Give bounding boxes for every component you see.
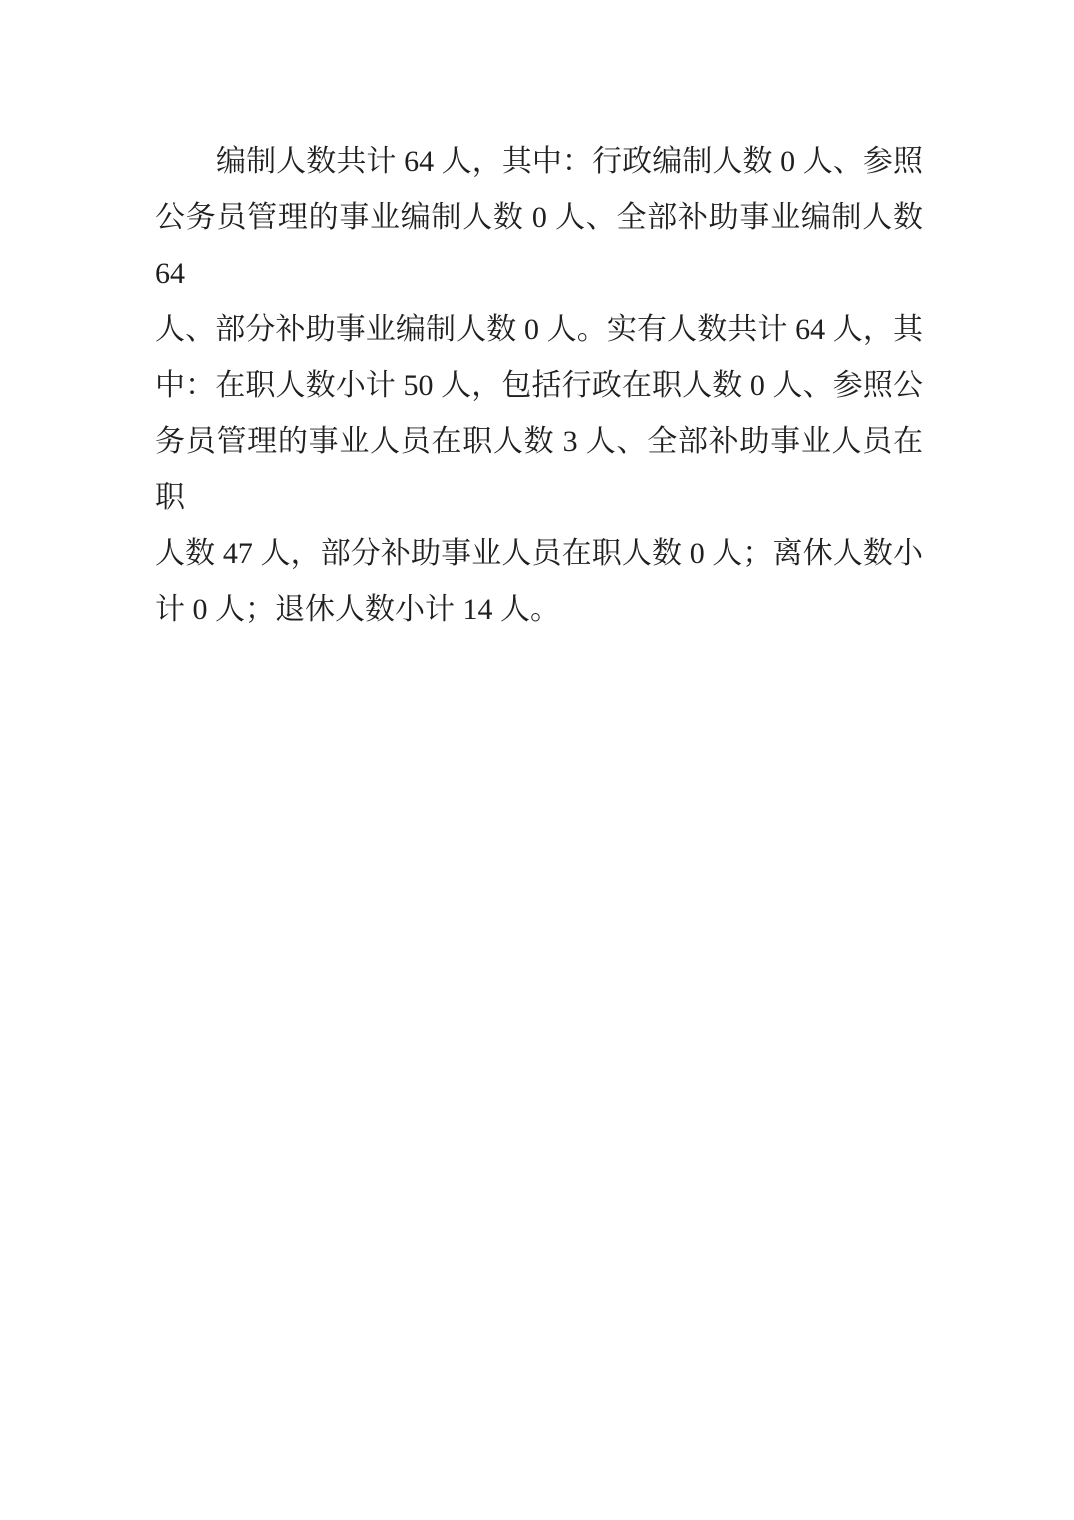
paragraph-line: 务员管理的事业人员在职人数 3 人、全部补助事业人员在职	[155, 414, 923, 526]
paragraph-line: 公务员管理的事业编制人数 0 人、全部补助事业编制人数 64	[155, 190, 923, 302]
paragraph-line: 编制人数共计 64 人，其中：行政编制人数 0 人、参照	[155, 134, 923, 190]
paragraph-line: 中：在职人数小计 50 人，包括行政在职人数 0 人、参照公	[155, 358, 923, 414]
document-page: 编制人数共计 64 人，其中：行政编制人数 0 人、参照 公务员管理的事业编制人…	[0, 0, 1074, 1520]
paragraph-line: 人、部分补助事业编制人数 0 人。实有人数共计 64 人，其	[155, 302, 923, 358]
paragraph-line: 计 0 人；退休人数小计 14 人。	[155, 582, 923, 638]
paragraph-line: 人数 47 人，部分补助事业人员在职人数 0 人；离休人数小	[155, 526, 923, 582]
staffing-summary-paragraph: 编制人数共计 64 人，其中：行政编制人数 0 人、参照 公务员管理的事业编制人…	[155, 134, 923, 638]
